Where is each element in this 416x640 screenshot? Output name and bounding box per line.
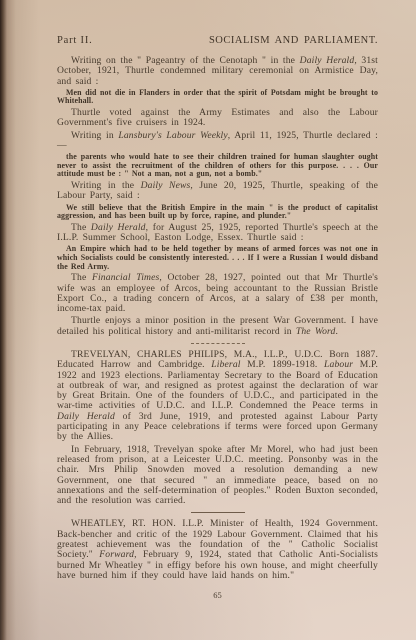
running-title: SOCIALISM AND PARLIAMENT. [209,35,378,46]
text-segment: . [336,326,339,337]
italic-text: The Word [296,326,336,337]
section-divider [191,343,245,344]
quote-paragraph: Men did not die in Flanders in order tha… [57,89,378,106]
text-segment: Writing in [71,130,118,141]
paragraph: The Daily Herald, for August 25, 1925, r… [57,223,378,244]
scanned-book-page: { "header": { "left": "Part II.", "right… [0,0,416,640]
italic-text: Lansbury's Labour Weekly [118,130,227,141]
paragraph: Writing in the Daily News, June 20, 1925… [57,181,378,202]
quote-paragraph: the parents who would hate to see their … [57,153,378,179]
paragraph: WHEATLEY, RT. HON. I.L.P. Minister of He… [57,519,378,581]
section-divider [191,512,245,513]
quote-paragraph: An Empire which had to be held together … [57,245,378,271]
paragraph: Thurtle enjoys a minor position in the p… [57,316,378,337]
paragraph: Writing on the " Pageantry of the Cenota… [57,56,378,87]
paragraph: TREVELYAN, CHARLES PHILIPS, M.A., I.L.P.… [57,350,378,443]
paragraph: Thurtle voted against the Army Estimates… [57,108,378,129]
text-segment: Thurtle voted against the Army Estimates… [57,107,378,128]
part-label: Part II. [57,35,93,46]
quote-paragraph: We still believe that the British Empire… [57,204,378,221]
text-segment: An Empire which had to be held together … [57,244,378,270]
page-body: Writing on the " Pageantry of the Cenota… [57,56,378,583]
paragraph: Writing in Lansbury's Labour Weekly, Apr… [57,131,378,152]
text-segment: We still believe that the British Empire… [57,203,378,221]
paragraph: The Financial Times, October 28, 1927, p… [57,273,378,314]
text-segment: the parents who would hate to see their … [57,152,378,178]
text-segment: Men did not die in Flanders in order tha… [57,88,378,106]
page-number: 65 [57,590,378,600]
text-segment: In February, 1918, Trevelyan spoke after… [57,444,378,506]
paragraph: In February, 1918, Trevelyan spoke after… [57,445,378,507]
page-header: Part II. SOCIALISM AND PARLIAMENT. [57,35,378,46]
italic-text: Daily News [141,180,191,191]
